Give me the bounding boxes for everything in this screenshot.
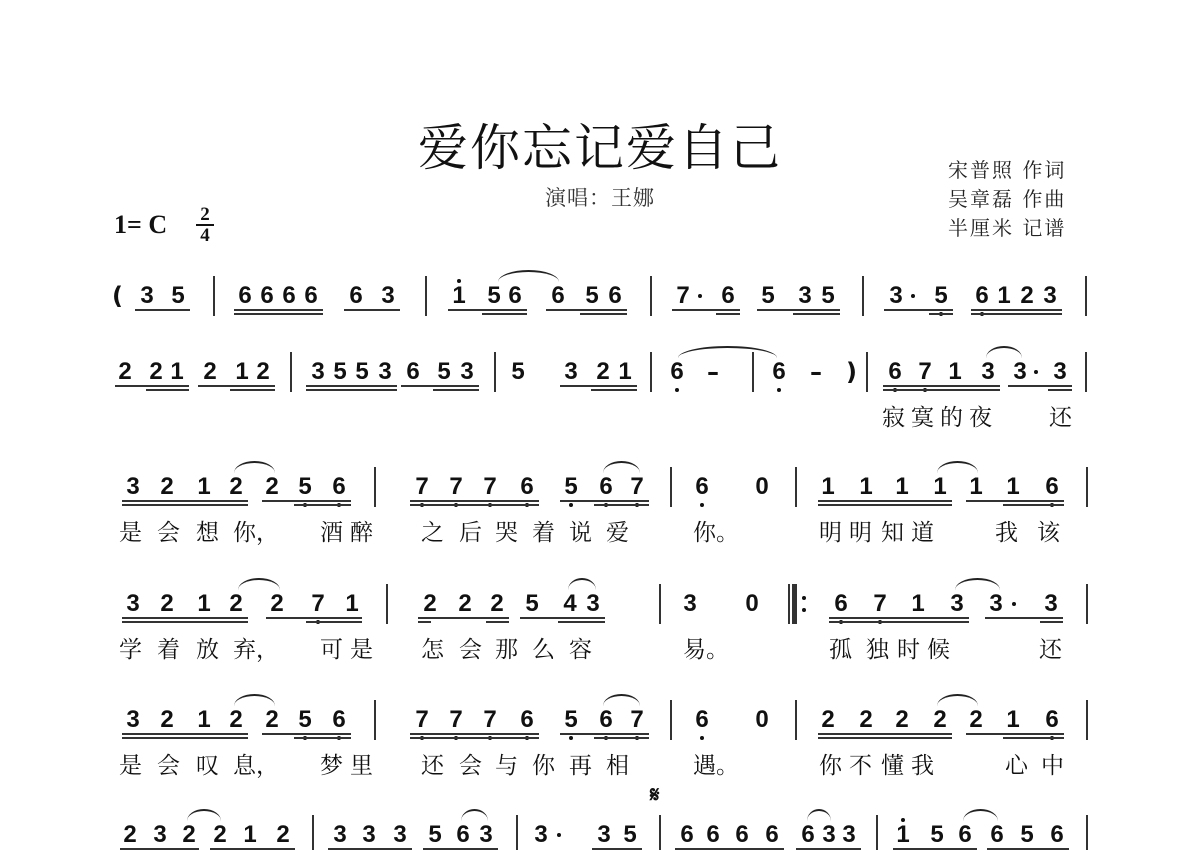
lyric: 孤 — [829, 638, 852, 662]
underline — [580, 313, 627, 315]
note: 2 — [226, 708, 246, 732]
barline — [876, 815, 878, 850]
note: 6 — [301, 284, 321, 308]
barline — [1086, 815, 1088, 850]
tie-slur — [461, 809, 488, 821]
lyric: 的 — [940, 406, 963, 430]
underline — [448, 309, 527, 311]
note: 6 — [403, 360, 423, 384]
barline — [425, 276, 427, 316]
note: 2 — [818, 708, 838, 732]
barline — [670, 700, 672, 740]
note: 0 — [742, 592, 762, 616]
note: 6 — [677, 823, 697, 847]
note: 6 — [235, 284, 255, 308]
underline — [418, 617, 509, 619]
note: 1 — [994, 284, 1014, 308]
note: 2 — [420, 592, 440, 616]
lyric: 醉 — [350, 521, 373, 545]
lyric: 学 — [119, 638, 142, 662]
note: 5 — [582, 284, 602, 308]
note: 6 — [1042, 708, 1062, 732]
underline — [1048, 389, 1072, 391]
note: 3 — [819, 823, 839, 847]
note: 3 — [123, 475, 143, 499]
lyric: 心 — [1005, 754, 1028, 778]
note: 2 — [120, 823, 140, 847]
underline — [560, 500, 649, 502]
note: 7 — [915, 360, 935, 384]
lyric: 着 — [532, 521, 555, 545]
note: 5 — [1017, 823, 1037, 847]
underline — [966, 500, 1064, 502]
low-octave-dot — [569, 736, 573, 740]
underline — [410, 733, 539, 735]
note: 6 — [703, 823, 723, 847]
underline — [883, 389, 1000, 391]
note: 2 — [253, 360, 273, 384]
lyric: 会 — [459, 638, 482, 662]
underline — [1003, 504, 1064, 506]
underline — [818, 504, 952, 506]
underline — [146, 389, 189, 391]
underline — [1008, 385, 1072, 387]
note: 1 — [615, 360, 635, 384]
note: 6 — [692, 708, 712, 732]
underline — [818, 500, 952, 502]
lyric: 弃， — [233, 638, 279, 662]
barline — [795, 700, 797, 740]
note: 3 — [561, 360, 581, 384]
repeat-barline-thick — [792, 584, 797, 624]
underline — [306, 389, 397, 391]
low-octave-dot — [700, 503, 704, 507]
note: 7 — [446, 475, 466, 499]
note: 3 — [137, 284, 157, 308]
paren-open: ( — [112, 282, 123, 310]
high-octave-dot — [901, 818, 905, 822]
lyric: 再 — [569, 754, 592, 778]
underline — [294, 737, 351, 739]
underline — [262, 733, 351, 735]
note: 3 — [375, 360, 395, 384]
note: 3 — [947, 592, 967, 616]
note: 1 — [232, 360, 252, 384]
note: 5 — [330, 360, 350, 384]
lyric: 相 — [606, 754, 629, 778]
note: 2 — [157, 592, 177, 616]
note: 6 — [955, 823, 975, 847]
note: 2 — [892, 708, 912, 732]
note: 6 — [798, 823, 818, 847]
time-signature: 2 4 — [196, 206, 214, 244]
note: 2 — [210, 823, 230, 847]
high-octave-dot — [457, 279, 461, 283]
underline — [418, 621, 431, 623]
augmentation-dot — [911, 294, 915, 298]
lyric: 我 — [995, 521, 1018, 545]
underline — [558, 621, 605, 623]
lyric: 易。 — [683, 638, 729, 662]
note: 3 — [1040, 284, 1060, 308]
note: 5 — [758, 284, 778, 308]
lyric: 时 — [897, 638, 920, 662]
note: 0 — [752, 708, 772, 732]
underline — [594, 504, 649, 506]
note: 3 — [839, 823, 859, 847]
note: 1 — [167, 360, 187, 384]
note: 0 — [752, 475, 772, 499]
repeat-dot — [802, 596, 806, 600]
augmentation-dot — [1012, 602, 1016, 606]
note: 1 — [1003, 475, 1023, 499]
tie-slur — [807, 809, 831, 821]
underline — [716, 313, 740, 315]
note: 5 — [561, 475, 581, 499]
lyric: 里 — [350, 754, 373, 778]
note: 7 — [412, 708, 432, 732]
transcriber-credit: 半厘米 记谱 — [948, 214, 1066, 243]
note: 5 — [931, 284, 951, 308]
note: 1 — [892, 475, 912, 499]
lyric: 哭 — [495, 521, 518, 545]
note: 6 — [279, 284, 299, 308]
barline — [386, 584, 388, 624]
underline — [829, 617, 969, 619]
underline — [560, 385, 637, 387]
segno-sign: 𝄋 — [650, 783, 659, 808]
note: 5 — [927, 823, 947, 847]
underline — [672, 309, 740, 311]
note: 5 — [425, 823, 445, 847]
note: 3 — [886, 284, 906, 308]
barline — [1086, 467, 1088, 507]
underline — [135, 309, 190, 311]
underline — [433, 389, 479, 391]
tie-slur — [568, 578, 596, 590]
barline — [1085, 352, 1087, 392]
tie-slur — [603, 461, 640, 473]
note: 7 — [870, 592, 890, 616]
note: 3 — [795, 284, 815, 308]
note: 3 — [583, 592, 603, 616]
barline — [374, 700, 376, 740]
tie-slur — [498, 270, 559, 282]
note: 6 — [257, 284, 277, 308]
note: 6 — [548, 284, 568, 308]
repeat-barline-thin — [788, 584, 790, 624]
note: 5 — [295, 708, 315, 732]
note: 3 — [531, 823, 551, 847]
lyric: 中 — [1041, 754, 1064, 778]
note: 2 — [856, 708, 876, 732]
underline — [344, 309, 400, 311]
underline — [198, 385, 275, 387]
lyric: 明 — [849, 521, 872, 545]
note: 1 — [240, 823, 260, 847]
lyric: 明 — [819, 521, 842, 545]
key-signature: 1= C — [114, 210, 167, 240]
note: 2 — [179, 823, 199, 847]
lyric: 容 — [569, 638, 592, 662]
underline — [122, 737, 248, 739]
note: 7 — [480, 708, 500, 732]
barline — [670, 467, 672, 507]
lyric: 与 — [495, 754, 518, 778]
lyric: 是 — [350, 638, 373, 662]
underline — [829, 621, 969, 623]
note: 6 — [831, 592, 851, 616]
note: 1 — [908, 592, 928, 616]
lyric: 酒 — [320, 521, 343, 545]
note: 2 — [157, 475, 177, 499]
underline — [985, 617, 1063, 619]
lyric: 怎 — [421, 638, 444, 662]
note: 2 — [593, 360, 613, 384]
paren-close: ) — [846, 358, 857, 386]
note: 3 — [1041, 592, 1061, 616]
note: 6 — [505, 284, 525, 308]
underline — [122, 617, 248, 619]
note: 2 — [455, 592, 475, 616]
augmentation-dot — [698, 294, 702, 298]
lyric: 想 — [196, 521, 219, 545]
lyric: 遇。 — [693, 754, 739, 778]
note: 3 — [457, 360, 477, 384]
underline — [818, 737, 952, 739]
lyric: 你 — [819, 754, 842, 778]
note: 3 — [986, 592, 1006, 616]
note: 6 — [596, 708, 616, 732]
underline — [122, 621, 248, 623]
tie-slur — [238, 578, 280, 590]
note: 5 — [484, 284, 504, 308]
note: 2 — [273, 823, 293, 847]
underline — [757, 309, 840, 311]
lyric: 梦 — [320, 754, 343, 778]
underline — [262, 500, 351, 502]
underline — [410, 500, 539, 502]
tie-slur — [937, 694, 978, 706]
note: 5 — [818, 284, 838, 308]
barline — [866, 352, 868, 392]
lyric: 夜 — [969, 406, 992, 430]
note: 6 — [453, 823, 473, 847]
note: 1 — [945, 360, 965, 384]
underline — [594, 737, 649, 739]
augmentation-dot — [557, 833, 561, 837]
barline — [795, 467, 797, 507]
underline — [966, 733, 1064, 735]
lyric: 寂 — [882, 406, 905, 430]
note: 3 — [123, 592, 143, 616]
underline — [971, 309, 1062, 311]
underline — [234, 309, 323, 311]
barline — [1086, 584, 1088, 624]
note: 5 — [295, 475, 315, 499]
lyric: 是 — [119, 754, 142, 778]
lyric: 是 — [119, 521, 142, 545]
lyric: 会 — [157, 754, 180, 778]
lyric: 独 — [866, 638, 889, 662]
note: 1 — [194, 708, 214, 732]
note: 6 — [596, 475, 616, 499]
note: 3 — [123, 708, 143, 732]
note: 3 — [330, 823, 350, 847]
note: 1 — [1003, 708, 1023, 732]
lyric: 会 — [157, 521, 180, 545]
note: 6 — [769, 360, 789, 384]
lyric: 会 — [459, 754, 482, 778]
tie-slur — [986, 346, 1022, 358]
note: 4 — [560, 592, 580, 616]
note: 2 — [200, 360, 220, 384]
underline — [306, 385, 397, 387]
underline — [818, 733, 952, 735]
note: 1 — [194, 592, 214, 616]
note: 1 — [194, 475, 214, 499]
barline — [374, 467, 376, 507]
lyric: 候 — [927, 638, 950, 662]
tie-slur — [678, 346, 777, 358]
underline — [294, 504, 351, 506]
tie-slur — [187, 809, 221, 821]
barline — [1086, 700, 1088, 740]
note: 2 — [487, 592, 507, 616]
note: 6 — [762, 823, 782, 847]
note: 5 — [352, 360, 372, 384]
tie-slur — [963, 809, 998, 821]
lyric: 你。 — [693, 521, 739, 545]
lyric: 么 — [532, 638, 555, 662]
lyric: 后 — [459, 521, 482, 545]
lyric: 叹 — [196, 754, 219, 778]
barline — [494, 352, 496, 392]
note: 1 — [342, 592, 362, 616]
dash: – — [810, 358, 822, 386]
lyric: 息， — [233, 754, 279, 778]
lyric: 道 — [911, 521, 934, 545]
note: 6 — [1047, 823, 1067, 847]
lyric: 知 — [881, 521, 904, 545]
note: 1 — [893, 823, 913, 847]
note: 3 — [978, 360, 998, 384]
lyric: 你， — [233, 521, 279, 545]
lyric: 该 — [1037, 521, 1060, 545]
note: 2 — [115, 360, 135, 384]
lyric: 之 — [421, 521, 444, 545]
lyric: 着 — [157, 638, 180, 662]
note: 6 — [517, 708, 537, 732]
lyric: 寞 — [911, 406, 934, 430]
note: 2 — [146, 360, 166, 384]
underline — [482, 313, 527, 315]
lyric: 还 — [1049, 406, 1072, 430]
note: 6 — [972, 284, 992, 308]
lyric: 还 — [421, 754, 444, 778]
underline — [306, 621, 362, 623]
tie-slur — [234, 461, 275, 473]
barline — [516, 815, 518, 850]
lyric: 爱 — [606, 521, 629, 545]
note: 5 — [508, 360, 528, 384]
note: 1 — [930, 475, 950, 499]
lyric: 放 — [196, 638, 219, 662]
underline — [122, 504, 248, 506]
note: 2 — [1017, 284, 1037, 308]
lyric: 我 — [911, 754, 934, 778]
note: 2 — [157, 708, 177, 732]
barline — [752, 352, 754, 392]
augmentation-dot — [1034, 370, 1038, 374]
note: 1 — [818, 475, 838, 499]
note: 7 — [673, 284, 693, 308]
note: 6 — [329, 475, 349, 499]
note: 5 — [434, 360, 454, 384]
underline — [793, 313, 840, 315]
barline — [650, 276, 652, 316]
low-octave-dot — [569, 503, 573, 507]
note: 3 — [680, 592, 700, 616]
note: 6 — [329, 708, 349, 732]
underline — [266, 617, 362, 619]
barline — [290, 352, 292, 392]
underline — [591, 389, 637, 391]
low-octave-dot — [700, 736, 704, 740]
note: 7 — [627, 708, 647, 732]
underline — [410, 504, 539, 506]
credits-block: 宋普照 作词 吴章磊 作曲 半厘米 记谱 — [948, 156, 1066, 243]
composer-credit: 吴章磊 作曲 — [948, 185, 1066, 214]
note: 3 — [1050, 360, 1070, 384]
note: 5 — [522, 592, 542, 616]
underline — [115, 385, 189, 387]
note: 6 — [732, 823, 752, 847]
note: 6 — [605, 284, 625, 308]
barline — [650, 352, 652, 392]
repeat-dot — [802, 608, 806, 612]
note: 7 — [627, 475, 647, 499]
barline — [312, 815, 314, 850]
note: 3 — [359, 823, 379, 847]
underline — [560, 733, 649, 735]
low-octave-dot — [777, 388, 781, 392]
note: 2 — [267, 592, 287, 616]
underline — [929, 313, 953, 315]
tie-slur — [937, 461, 978, 473]
note: 1 — [856, 475, 876, 499]
lyric: 说 — [569, 521, 592, 545]
underline — [230, 389, 275, 391]
lyric: 还 — [1039, 638, 1062, 662]
note: 5 — [620, 823, 640, 847]
underline — [401, 385, 479, 387]
underline — [122, 500, 248, 502]
note: 6 — [346, 284, 366, 308]
underline — [486, 621, 509, 623]
note: 3 — [390, 823, 410, 847]
note: 2 — [226, 475, 246, 499]
note: 3 — [476, 823, 496, 847]
note: 3 — [378, 284, 398, 308]
underline — [1003, 737, 1064, 739]
underline — [122, 733, 248, 735]
barline — [1085, 276, 1087, 316]
note: 2 — [262, 708, 282, 732]
note: 6 — [667, 360, 687, 384]
note: 2 — [966, 708, 986, 732]
underline — [234, 313, 323, 315]
